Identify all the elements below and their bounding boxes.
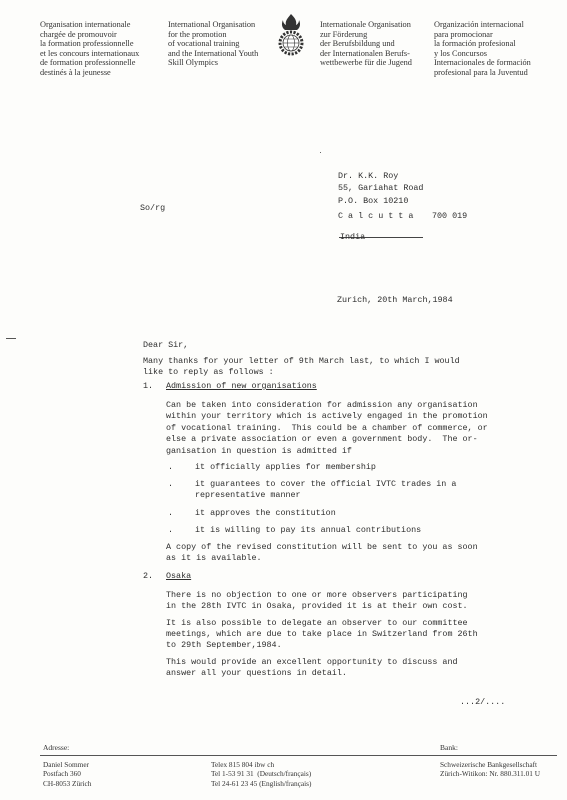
fold-mark — [6, 338, 16, 339]
section-2-paragraph: This would provide an excellent opportun… — [166, 657, 458, 679]
bullet-item: it is willing to pay its annual contribu… — [195, 525, 421, 536]
footer-address-label: Adresse: — [43, 743, 69, 752]
footer-rule-left — [40, 755, 275, 756]
footer-bank-label: Bank: — [440, 743, 458, 752]
continuation-marker: ...2/.... — [460, 697, 505, 708]
recipient-po-box: P.O. Box 10210 — [338, 196, 408, 207]
letterhead-french: Organisation internationale chargée de p… — [40, 20, 139, 78]
paper-mark — [320, 152, 321, 153]
footer-rule-right — [275, 755, 557, 756]
bullet-marker: . — [168, 525, 173, 536]
organisation-logo-icon — [276, 12, 306, 60]
section-1-body: Can be taken into consideration for admi… — [166, 400, 488, 457]
bullet-item: it guarantees to cover the official IVTC… — [195, 479, 456, 501]
recipient-city: C a l c u t t a — [338, 211, 413, 222]
letterhead-spanish: Organización internacional para promocio… — [434, 20, 531, 78]
recipient-street: 55, Gariahat Road — [338, 183, 423, 194]
reference-code: So/rg — [140, 203, 165, 214]
bullet-marker: . — [168, 462, 173, 473]
bullet-item: it officially applies for membership — [195, 462, 376, 473]
section-1-heading: Admission of new organisations — [166, 381, 317, 392]
bullet-marker: . — [168, 508, 173, 519]
section-2-number: 2. — [143, 571, 153, 582]
place-date: Zurich, 20th March,1984 — [337, 295, 453, 306]
recipient-name: Dr. K.K. Roy — [338, 170, 398, 183]
section-2-paragraph: It is also possible to delegate an obser… — [166, 618, 478, 651]
section-1-number: 1. — [143, 381, 153, 392]
bullet-item: it approves the constitution — [195, 508, 336, 519]
footer-contact: Telex 815 804 ibw ch Tel 1-53 91 31 (Deu… — [211, 760, 311, 788]
recipient-country: India — [340, 232, 365, 243]
section-1-closing: A copy of the revised constitution will … — [166, 542, 478, 564]
footer-address: Daniel Sommer Postfach 360 CH-8053 Züric… — [43, 760, 91, 788]
letterhead-english: International Organisation for the promo… — [168, 20, 258, 68]
bullet-marker: . — [168, 479, 173, 490]
letterhead-german: Internationale Organisation zur Förderun… — [320, 20, 412, 68]
intro-paragraph: Many thanks for your letter of 9th March… — [143, 356, 460, 378]
section-2-heading: Osaka — [166, 571, 191, 582]
recipient-postcode: 700 019 — [432, 211, 467, 222]
salutation: Dear Sir, — [143, 340, 188, 351]
section-2-paragraph: There is no objection to one or more obs… — [166, 590, 468, 612]
footer-bank: Schweizerische Bankgesellschaft Zürich-W… — [440, 760, 540, 779]
